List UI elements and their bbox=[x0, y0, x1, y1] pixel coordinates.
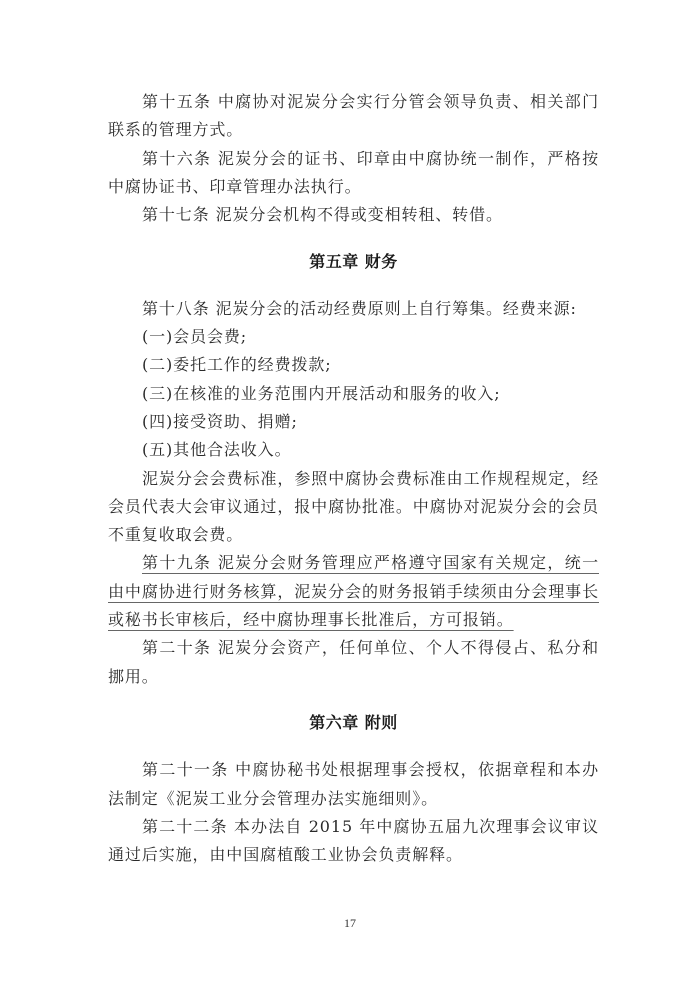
article-21: 第二十一条 中腐协秘书处根据理事会授权，依据章程和本办法制定《泥炭工业分会管理办… bbox=[108, 756, 599, 813]
document-page: 第十五条 中腐协对泥炭分会实行分管会领导负责、相关部门联系的管理方式。 第十六条… bbox=[0, 0, 700, 990]
membership-fee-paragraph: 泥炭分会会费标准，参照中腐协会费标准由工作规程规定，经会员代表大会审议通过，报中… bbox=[108, 465, 599, 550]
article-19-underlined: 第十九条 泥炭分会财务管理应严格遵守国家有关规定，统一由中腐协进行财务核算，泥炭… bbox=[108, 549, 599, 634]
article-17: 第十七条 泥炭分会机构不得或变相转租、转借。 bbox=[108, 201, 599, 229]
funding-source-item-5: (五)其他合法收入。 bbox=[108, 436, 599, 464]
funding-source-item-2: (二)委托工作的经费拨款; bbox=[108, 351, 599, 379]
page-number: 17 bbox=[0, 916, 700, 931]
funding-source-item-1: (一)会员会费; bbox=[108, 323, 599, 351]
article-16: 第十六条 泥炭分会的证书、印章由中腐协统一制作，严格按中腐协证书、印章管理办法执… bbox=[108, 145, 599, 202]
article-22: 第二十二条 本办法自 2015 年中腐协五届九次理事会议审议通过后实施，由中国腐… bbox=[108, 813, 599, 870]
funding-source-item-3: (三)在核准的业务范围内开展活动和服务的收入; bbox=[108, 380, 599, 408]
article-20: 第二十条 泥炭分会资产，任何单位、个人不得侵占、私分和挪用。 bbox=[108, 634, 599, 691]
chapter-6-heading: 第六章 附则 bbox=[108, 709, 599, 737]
article-18: 第十八条 泥炭分会的活动经费原则上自行筹集。经费来源: bbox=[108, 295, 599, 323]
funding-source-item-4: (四)接受资助、捐赠; bbox=[108, 408, 599, 436]
document-body: 第十五条 中腐协对泥炭分会实行分管会领导负责、相关部门联系的管理方式。 第十六条… bbox=[108, 88, 599, 869]
chapter-5-heading: 第五章 财务 bbox=[108, 248, 599, 276]
article-15: 第十五条 中腐协对泥炭分会实行分管会领导负责、相关部门联系的管理方式。 bbox=[108, 88, 599, 145]
